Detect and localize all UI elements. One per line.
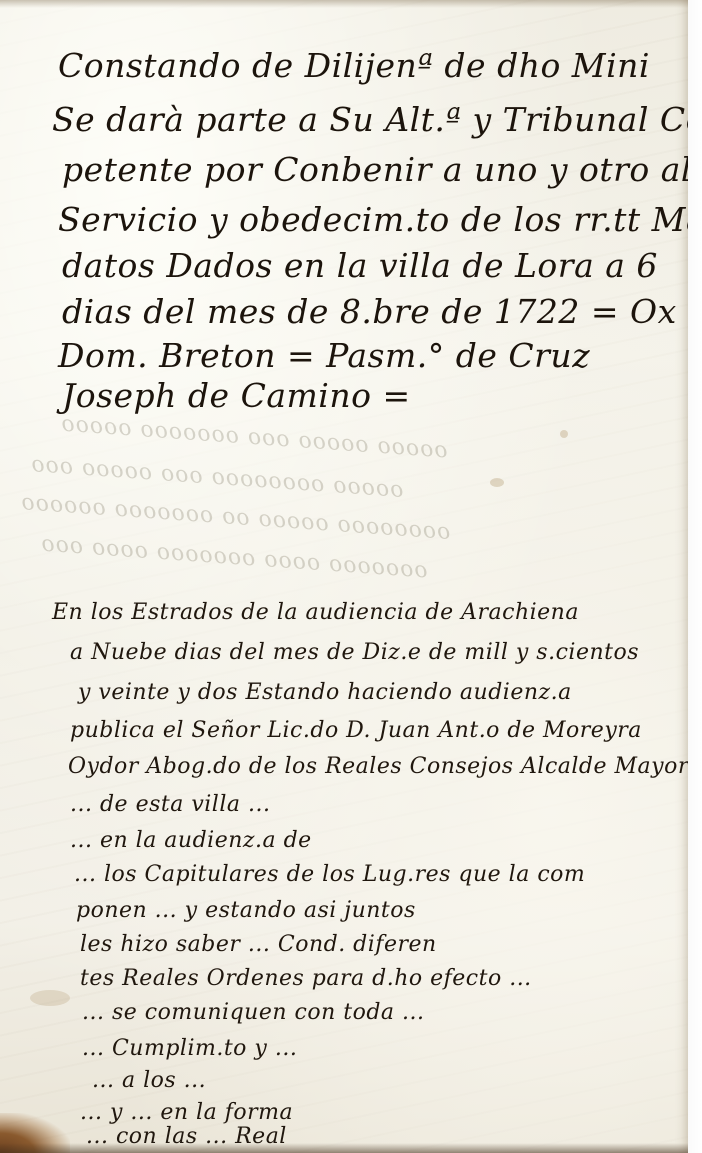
ink-stain (560, 430, 568, 438)
text-line: Se darà parte a Su Alt.ª y Tribunal Con (52, 100, 702, 139)
text-line: petente por Conbenir a uno y otro al R. (62, 150, 702, 189)
text-line: ... y ... en la forma (80, 1100, 293, 1125)
page-bottom-edge (0, 1143, 688, 1153)
text-line: ponen ... y estando asi juntos (76, 898, 416, 923)
text-line: datos Dados en la villa de Lora a 6 (62, 246, 658, 285)
text-line: dias del mes de 8.bre de 1722 = Ox (62, 292, 677, 331)
scan-margin (688, 0, 702, 1153)
ink-stain (30, 990, 70, 1006)
text-line: les hizo saber ... Cond. diferen (80, 932, 437, 957)
text-line: a Nuebe dias del mes de Diz.e de mill y … (70, 640, 639, 665)
bleed-through-text: ooooo ooooo ooo ooooooo ooooo (60, 411, 449, 463)
text-line: tes Reales Ordenes para d.ho efecto ... (80, 966, 532, 991)
text-line: Servicio y obedecim.to de los rr.tt Man (58, 200, 702, 239)
text-line: Dom. Breton = Pasm.° de Cruz (58, 336, 590, 375)
text-line: ... de esta villa ... (70, 792, 270, 817)
text-line: En los Estrados de la audiencia de Arach… (52, 600, 579, 625)
text-line: publica el Señor Lic.do D. Juan Ant.o de… (70, 718, 642, 743)
manuscript-page: ooooo ooooo ooo ooooooo ooooo ooooo oooo… (0, 0, 688, 1153)
text-line: ... los Capitulares de los Lug.res que l… (74, 862, 585, 887)
ink-stain (490, 478, 504, 487)
text-line: ... Cumplim.to y ... (82, 1036, 297, 1061)
page-top-edge (0, 0, 688, 8)
text-line: Joseph de Camino = (62, 376, 411, 415)
text-line: y veinte y dos Estando haciendo audienz.… (78, 680, 572, 705)
text-line: Oydor Abog.do de los Reales Consejos Alc… (68, 754, 689, 779)
text-line: ... en la audienz.a de (70, 828, 312, 853)
text-line: ... a los ... (92, 1068, 206, 1093)
text-line: ... se comuniquen con toda ... (82, 1000, 425, 1025)
text-line: Constando de Dilijenª de dho Mini (58, 46, 650, 85)
